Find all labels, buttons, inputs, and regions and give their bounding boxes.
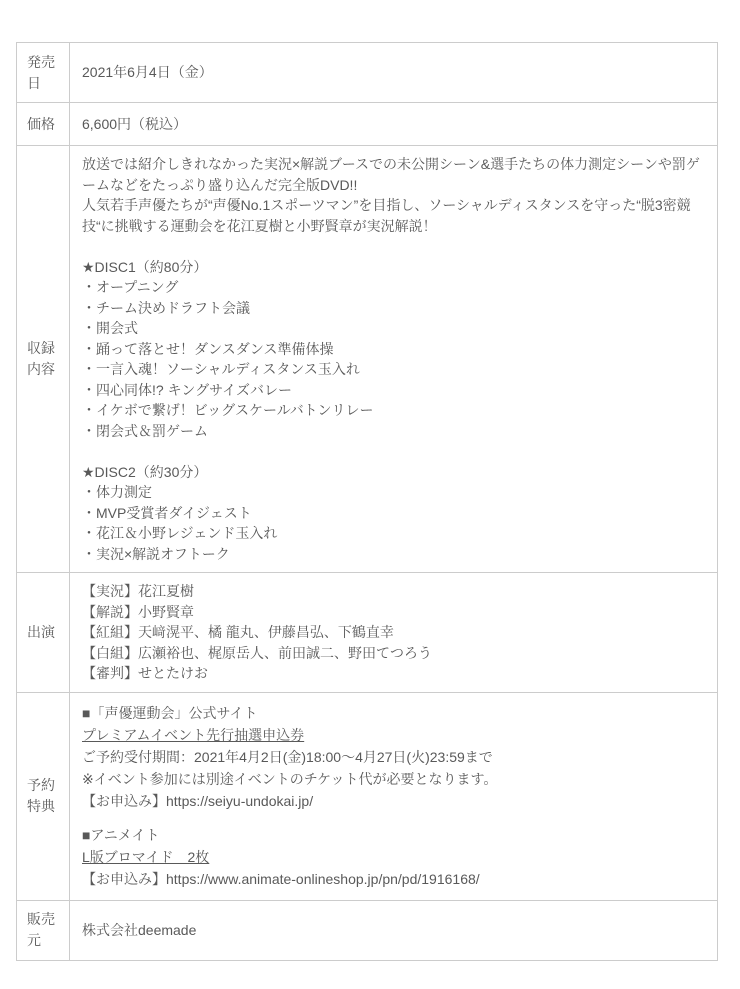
spacer [82, 812, 705, 824]
table-row-contents: 収録内容 放送では紹介しきれなかった実況×解説ブースでの未公開シーン&選手たちの… [17, 146, 718, 573]
table-row-seller: 販売元 株式会社deemade [17, 900, 718, 960]
contents-value: 放送では紹介しきれなかった実況×解説ブースでの未公開シーン&選手たちの体力測定シ… [70, 146, 718, 573]
price-value: 6,600円（税込） [70, 103, 718, 146]
reservation-period: ご予約受付期間：2021年4月2日(金)18:00〜4月27日(火)23:59ま… [82, 746, 705, 768]
apply-url-official-site: 【お申込み】https://seiyu-undokai.jp/ [82, 790, 705, 812]
release-date-value: 2021年6月4日（金） [70, 43, 718, 103]
row-label-seller: 販売元 [17, 900, 70, 960]
row-label-price: 価格 [17, 103, 70, 146]
row-label-release-date: 発売日 [17, 43, 70, 103]
preorder-bonus-value: ■「声優運動会」公式サイト プレミアムイベント先行抽選申込券 ご予約受付期間：2… [70, 692, 718, 900]
bonus-heading-official-site: ■「声優運動会」公式サイト [82, 702, 705, 724]
cast-value: 【実況】花江夏樹 【解説】小野賢章 【紅組】天﨑滉平、橘 龍丸、伊藤昌弘、下鶴直… [70, 573, 718, 693]
premium-event-ticket-link[interactable]: プレミアムイベント先行抽選申込券 [82, 727, 304, 743]
row-label-cast: 出演 [17, 573, 70, 693]
row-label-contents: 収録内容 [17, 146, 70, 573]
event-ticket-note: ※イベント参加には別途イベントのチケット代が必要となります。 [82, 768, 705, 790]
table-row-price: 価格 6,600円（税込） [17, 103, 718, 146]
product-info-page: 発売日 2021年6月4日（金） 価格 6,600円（税込） 収録内容 放送では… [0, 0, 740, 989]
bromide-link[interactable]: L版ブロマイド 2枚 [82, 849, 209, 865]
apply-url-animate: 【お申込み】https://www.animate-onlineshop.jp/… [82, 868, 705, 890]
product-spec-table: 発売日 2021年6月4日（金） 価格 6,600円（税込） 収録内容 放送では… [16, 42, 718, 961]
row-label-preorder-bonus: 予約特典 [17, 692, 70, 900]
bonus-heading-animate: ■アニメイト [82, 824, 705, 846]
table-row-preorder-bonus: 予約特典 ■「声優運動会」公式サイト プレミアムイベント先行抽選申込券 ご予約受… [17, 692, 718, 900]
table-row-release-date: 発売日 2021年6月4日（金） [17, 43, 718, 103]
seller-value: 株式会社deemade [70, 900, 718, 960]
table-row-cast: 出演 【実況】花江夏樹 【解説】小野賢章 【紅組】天﨑滉平、橘 龍丸、伊藤昌弘、… [17, 573, 718, 693]
